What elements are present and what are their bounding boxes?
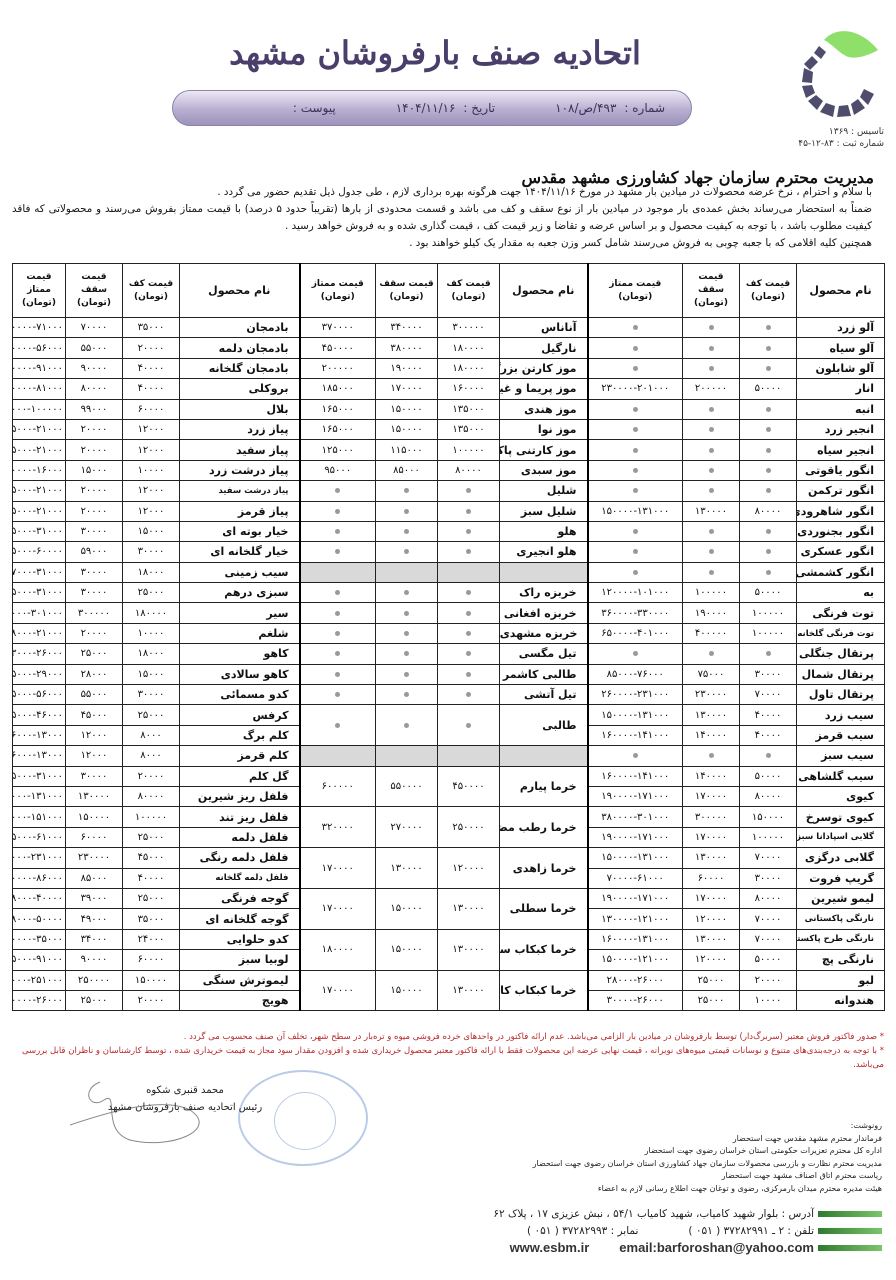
product-name: گل کلم — [180, 766, 300, 786]
ceiling-price — [683, 562, 740, 582]
date-value: ۱۴۰۴/۱۱/۱۶ — [396, 101, 456, 115]
floor-price: ۱۸۰۰۰۰ — [438, 358, 500, 378]
product-name: به — [797, 583, 885, 603]
product-name: انگور بجنوردی — [797, 521, 885, 541]
floor-price: ۱۳۰۰۰۰ — [438, 970, 500, 1011]
product-name: آلو سیاه — [797, 338, 885, 358]
premium-price — [588, 746, 683, 766]
letter-intro: با سلام و احترام ، نرخ عرضه محصولات در م… — [12, 184, 872, 252]
ceiling-price: ۱۷۰۰۰۰ — [683, 888, 740, 908]
product-name: سبزی درهم — [180, 583, 300, 603]
table-row: انگور شاهرودی۸۰۰۰۰۱۳۰۰۰۰۱۵۰۰۰۰-۱۳۱۰۰۰شلی… — [13, 501, 885, 521]
product-name: موز پریما و غیره — [500, 379, 588, 399]
table-row: به۵۰۰۰۰۱۰۰۰۰۰۱۲۰۰۰۰-۱۰۱۰۰۰خربزه راکسبزی … — [13, 583, 885, 603]
floor-price: ۴۰۰۰۰ — [740, 705, 797, 725]
no-price-dot-icon — [633, 651, 638, 656]
product-name: کیوی — [797, 786, 885, 806]
no-price-dot-icon — [633, 346, 638, 351]
ceiling-price: ۱۳۰۰۰۰ — [376, 848, 438, 889]
product-name: خربزه افغانی — [500, 603, 588, 623]
ceiling-price: ۲۳۰۰۰۰ — [66, 848, 123, 868]
product-name: انبه — [797, 399, 885, 419]
ceiling-price: ۱۳۰۰۰۰ — [683, 501, 740, 521]
no-price-dot-icon — [709, 529, 714, 534]
website-link[interactable]: www.esbm.ir — [510, 1240, 590, 1255]
product-name: گوجه فرنگی — [180, 888, 300, 908]
premium-price: ۱۰۰۰۰۰-۸۶۰۰۰ — [13, 868, 66, 888]
premium-price: ۳۵۰۰۰-۳۱۰۰۰ — [13, 583, 66, 603]
no-price-dot-icon — [404, 590, 409, 595]
product-name: انجیر زرد — [797, 419, 885, 439]
footnote: * با توجه به درجه‌بندی‌های متنوع و نوسان… — [12, 1044, 884, 1072]
ceiling-price: ۴۹۰۰۰ — [66, 909, 123, 929]
floor-price — [740, 399, 797, 419]
premium-price — [588, 419, 683, 439]
product-name — [500, 746, 588, 766]
product-name: آناناس — [500, 318, 588, 338]
number-label: شماره : — [624, 101, 665, 115]
product-name: خرما رطب مضافتی — [500, 807, 588, 848]
no-price-dot-icon — [633, 753, 638, 758]
premium-price — [588, 358, 683, 378]
phone-text: تلفن : ۲ ـ ۳۷۲۸۲۹۹۱ ( ۰۵۱ ) — [688, 1225, 814, 1237]
ceiling-price: ۲۰۰۰۰۰ — [683, 379, 740, 399]
floor-price: ۷۰۰۰۰ — [740, 929, 797, 949]
founded-year: تاسیس : ۱۳۶۹ — [784, 126, 884, 138]
product-name: کدو مسمائی — [180, 685, 300, 705]
product-name: گلابی درگزی — [797, 848, 885, 868]
product-name: سیر — [180, 603, 300, 623]
floor-price: ۳۰۰۰۰ — [740, 868, 797, 888]
product-name: شلیل سبز — [500, 501, 588, 521]
ceiling-price: ۱۲۰۰۰ — [66, 746, 123, 766]
product-name: بادمجان دلمه — [180, 338, 300, 358]
no-price-dot-icon — [404, 529, 409, 534]
product-name: انگور کشمشی — [797, 562, 885, 582]
premium-price: ۱۱۰۰۰۰-۹۱۰۰۰ — [13, 358, 66, 378]
floor-price: ۸۰۰۰۰ — [740, 786, 797, 806]
premium-price — [588, 460, 683, 480]
product-name: فلفل دلمه — [180, 827, 300, 847]
product-name: خرما پیارم — [500, 766, 588, 807]
product-name: سیب سبز — [797, 746, 885, 766]
premium-price: ۶۵۰۰۰-۶۱۰۰۰ — [13, 827, 66, 847]
no-price-dot-icon — [335, 549, 340, 554]
premium-price: ۱۰۵۰۰۰-۹۱۰۰۰ — [13, 950, 66, 970]
product-name: کلم برگ — [180, 725, 300, 745]
ceiling-price: ۷۰۰۰۰ — [66, 318, 123, 338]
ceiling-price: ۲۰۰۰۰ — [66, 481, 123, 501]
product-name: انگور یاقوتی — [797, 460, 885, 480]
ceiling-price: ۸۵۰۰۰ — [66, 868, 123, 888]
ceiling-price: ۲۵۰۰۰۰ — [66, 970, 123, 990]
premium-price — [588, 318, 683, 338]
ceiling-price — [376, 583, 438, 603]
ceiling-price: ۱۳۰۰۰۰ — [66, 786, 123, 806]
ceiling-price: ۹۹۰۰۰ — [66, 399, 123, 419]
product-name: شلیل — [500, 481, 588, 501]
premium-price: ۱۳۰۰۰۰-۱۲۱۰۰۰ — [588, 909, 683, 929]
floor-price: ۱۵۰۰۰ — [123, 664, 180, 684]
fax-text: نمابر : ۳۷۲۸۲۹۹۳ ( ۰۵۱ ) — [527, 1225, 638, 1237]
floor-price: ۱۵۰۰۰۰ — [123, 970, 180, 990]
ceiling-price: ۹۰۰۰۰ — [66, 950, 123, 970]
no-price-dot-icon — [335, 692, 340, 697]
premium-price: ۱۶۰۰۰-۱۳۰۰۰ — [13, 725, 66, 745]
floor-price — [438, 583, 500, 603]
table-row: لیمو شیرین۸۰۰۰۰۱۷۰۰۰۰۱۹۰۰۰۰-۱۷۱۰۰۰خرما س… — [13, 888, 885, 908]
no-price-dot-icon — [404, 631, 409, 636]
floor-price: ۲۵۰۰۰۰ — [438, 807, 500, 848]
no-price-dot-icon — [404, 611, 409, 616]
floor-price — [740, 521, 797, 541]
col-header-ceiling: قیمت سقف(تومان) — [66, 264, 123, 318]
no-price-dot-icon — [633, 427, 638, 432]
product-name: خرما زاهدی — [500, 848, 588, 889]
intro-paragraph: همچنین کلیه اقلامی که با جعبه چوبی به فر… — [12, 235, 872, 252]
floor-price: ۱۳۵۰۰۰ — [438, 399, 500, 419]
floor-price: ۳۰۰۰۰ — [123, 685, 180, 705]
product-name: خربزه راک — [500, 583, 588, 603]
ceiling-price — [376, 746, 438, 766]
product-name: نارنگی طرح پاکستانی — [797, 929, 885, 949]
product-name: انجیر سیاه — [797, 440, 885, 460]
floor-price: ۳۰۰۰۰ — [123, 542, 180, 562]
no-price-dot-icon — [709, 346, 714, 351]
floor-price — [740, 562, 797, 582]
no-price-dot-icon — [404, 509, 409, 514]
floor-price — [740, 440, 797, 460]
no-price-dot-icon — [709, 488, 714, 493]
no-price-dot-icon — [466, 651, 471, 656]
no-price-dot-icon — [404, 651, 409, 656]
cc-item: اداره کل محترم تعزیرات حکومتی استان خراس… — [442, 1145, 882, 1158]
ceiling-price: ۲۰۰۰۰ — [66, 623, 123, 643]
ceiling-price — [376, 481, 438, 501]
floor-price: ۴۵۰۰۰۰ — [438, 766, 500, 807]
attachment-label: پیوست : — [293, 101, 336, 115]
floor-price: ۸۰۰۰۰ — [438, 460, 500, 480]
floor-price — [740, 358, 797, 378]
table-row: انجیر زردموز نوا۱۳۵۰۰۰۱۵۰۰۰۰۱۶۵۰۰۰پیاز ز… — [13, 419, 885, 439]
ceiling-price: ۳۰۰۰۰ — [66, 766, 123, 786]
intro-paragraph: ضمناً به استحضار می‌رساند بخش عمده‌ی بار… — [12, 201, 872, 235]
no-price-dot-icon — [766, 651, 771, 656]
reference-ribbon: شماره : ۴۹۳/ص/۱۰۸ تاریخ : ۱۴۰۴/۱۱/۱۶ پیو… — [172, 90, 692, 126]
premium-price — [588, 644, 683, 664]
floor-price: ۴۰۰۰۰ — [123, 868, 180, 888]
ceiling-price — [683, 481, 740, 501]
intro-paragraph: با سلام و احترام ، نرخ عرضه محصولات در م… — [12, 184, 872, 201]
ceiling-price: ۱۵۰۰۰۰ — [376, 970, 438, 1011]
ceiling-price: ۵۵۰۰۰ — [66, 338, 123, 358]
col-header-ceiling: قیمت سقف(تومان) — [376, 264, 438, 318]
union-logo-icon — [802, 26, 880, 118]
ceiling-price — [376, 521, 438, 541]
product-name: خیار بوته ای — [180, 521, 300, 541]
product-name: تیل آتشی — [500, 685, 588, 705]
floor-price — [438, 501, 500, 521]
product-name: نارنگی پاکستانی — [797, 909, 885, 929]
no-price-dot-icon — [766, 346, 771, 351]
ceiling-price — [683, 644, 740, 664]
green-bar-icon — [818, 1211, 882, 1217]
product-name: سیب زمینی — [180, 562, 300, 582]
green-bar-icon — [818, 1228, 882, 1234]
ceiling-price: ۱۷۰۰۰۰ — [376, 379, 438, 399]
floor-price: ۲۰۰۰۰ — [123, 338, 180, 358]
floor-price: ۲۵۰۰۰ — [123, 827, 180, 847]
ceiling-price: ۱۵۰۰۰۰ — [376, 888, 438, 929]
product-name: توت فرنگی — [797, 603, 885, 623]
ceiling-price: ۱۵۰۰۰۰ — [66, 807, 123, 827]
premium-price: ۱۹۰۰۰۰-۱۷۱۰۰۰ — [588, 786, 683, 806]
ceiling-price: ۷۵۰۰۰ — [683, 664, 740, 684]
premium-price: ۲۸۰۰۰-۲۶۰۰۰ — [588, 970, 683, 990]
letterhead: اتحادیه صنف بارفروشان مشهد شماره : ۴۹۳/ص… — [0, 0, 896, 160]
floor-price: ۱۲۰۰۰۰ — [438, 848, 500, 889]
premium-price: ۱۵۰۰۰۰-۱۳۱۰۰۰ — [13, 786, 66, 806]
premium-price: ۴۵۰۰۰۰ — [300, 338, 376, 358]
floor-price: ۷۰۰۰۰ — [740, 685, 797, 705]
ceiling-price — [683, 746, 740, 766]
premium-price: ۱۵۰۰۰۰-۱۳۱۰۰۰ — [588, 501, 683, 521]
signature-block: محمد قنبری شکوه رئیس اتحادیه صنف بارفروش… — [90, 1082, 280, 1116]
floor-price — [740, 542, 797, 562]
footnotes: * صدور فاکتور فروش معتبر (سربرگ‌دار) توس… — [12, 1030, 884, 1072]
floor-price: ۳۰۰۰۰ — [740, 664, 797, 684]
product-name: سیب گلشاهی — [797, 766, 885, 786]
no-price-dot-icon — [709, 407, 714, 412]
table-row: توت فرنگی گلخانه۱۰۰۰۰۰۴۰۰۰۰۰۶۵۰۰۰۰-۴۰۱۰۰… — [13, 623, 885, 643]
ceiling-price: ۳۹۰۰۰ — [66, 888, 123, 908]
ceiling-price — [683, 440, 740, 460]
ceiling-price — [683, 542, 740, 562]
ceiling-price: ۱۴۰۰۰۰ — [683, 766, 740, 786]
floor-price: ۸۰۰۰۰ — [123, 786, 180, 806]
floor-price — [438, 521, 500, 541]
floor-price — [438, 746, 500, 766]
premium-price: ۲۹۰۰۰۰-۲۳۱۰۰۰ — [13, 848, 66, 868]
product-name: انگور شاهرودی — [797, 501, 885, 521]
ceiling-price — [683, 419, 740, 439]
floor-price — [740, 318, 797, 338]
no-price-dot-icon — [766, 570, 771, 575]
product-name: فلفل دلمه گلخانه — [180, 868, 300, 888]
table-row: پرتقال جنگلیتیل مگسیکاهو۱۸۰۰۰۲۵۰۰۰۳۳۰۰۰-… — [13, 644, 885, 664]
premium-price: ۳۷۰۰۰۰ — [300, 318, 376, 338]
premium-price: ۱۸۵۰۰۰ — [300, 379, 376, 399]
ceiling-price: ۱۵۰۰۰ — [66, 460, 123, 480]
ceiling-price — [683, 338, 740, 358]
premium-price: ۱۵۰۰۰۰-۱۳۱۰۰۰ — [588, 848, 683, 868]
signatory-title: رئیس اتحادیه صنف بارفروشان مشهد — [90, 1099, 280, 1116]
premium-price: ۲۰۰۰۰۰ — [300, 358, 376, 378]
ceiling-price: ۵۵۰۰۰۰ — [376, 766, 438, 807]
cc-item: هیئت مدیره محترم میدان بارمرکزی، رضوی و … — [442, 1183, 882, 1196]
product-name: کدو حلوایی — [180, 929, 300, 949]
floor-price — [438, 603, 500, 623]
product-name: کیوی توسرخ — [797, 807, 885, 827]
table-row: انگور عسکریهلو انجیریخیار گلخانه ای۳۰۰۰۰… — [13, 542, 885, 562]
product-name: پرتقال جنگلی — [797, 644, 885, 664]
product-name: کرفس — [180, 705, 300, 725]
ceiling-price: ۱۲۰۰۰ — [66, 725, 123, 745]
ceiling-price: ۱۰۰۰۰۰ — [683, 583, 740, 603]
premium-price — [300, 583, 376, 603]
product-name: لیموترش سنگی — [180, 970, 300, 990]
floor-price: ۵۰۰۰۰ — [740, 379, 797, 399]
floor-price: ۷۰۰۰۰ — [740, 848, 797, 868]
product-name: موز سبدی — [500, 460, 588, 480]
premium-price: ۳۵۰۰۰-۳۱۰۰۰ — [13, 766, 66, 786]
floor-price: ۱۸۰۰۰ — [123, 644, 180, 664]
no-price-dot-icon — [335, 723, 340, 728]
ceiling-price: ۱۷۰۰۰۰ — [683, 827, 740, 847]
ceiling-price — [376, 501, 438, 521]
premium-price: ۱۶۰۰۰۰-۱۳۱۰۰۰ — [588, 929, 683, 949]
web-line: email:barforoshan@yahoo.com www.esbm.ir — [422, 1239, 882, 1256]
floor-price: ۱۰۰۰۰۰ — [740, 623, 797, 643]
premium-price — [300, 501, 376, 521]
premium-price: ۱۶۰۰۰۰-۱۴۱۰۰۰ — [588, 766, 683, 786]
price-table-body: آلو زردآناناس۳۰۰۰۰۰۳۴۰۰۰۰۳۷۰۰۰۰بادمجان۳۵… — [13, 318, 885, 1011]
ceiling-price — [376, 603, 438, 623]
floor-price: ۱۰۰۰۰ — [740, 990, 797, 1010]
premium-price: ۳۵۰۰۰-۳۱۰۰۰ — [13, 521, 66, 541]
premium-price: ۲۸۰۰۰۰-۲۵۱۰۰۰ — [13, 970, 66, 990]
premium-price — [300, 521, 376, 541]
floor-price: ۱۳۵۰۰۰ — [438, 419, 500, 439]
no-price-dot-icon — [709, 427, 714, 432]
product-name: لیمو شیرین — [797, 888, 885, 908]
product-name: پیاز درشت زرد — [180, 460, 300, 480]
table-row: نارنگی طرح پاکستانی۷۰۰۰۰۱۳۰۰۰۰۱۶۰۰۰۰-۱۳۱… — [13, 929, 885, 949]
floor-price: ۲۴۰۰۰ — [123, 929, 180, 949]
ceiling-price: ۲۳۰۰۰۰ — [683, 685, 740, 705]
product-name: موز کارتن بزرگ — [500, 358, 588, 378]
ceiling-price: ۴۵۰۰۰ — [66, 705, 123, 725]
premium-price — [300, 746, 376, 766]
col-header-name: نام محصول — [180, 264, 300, 318]
ceiling-price: ۲۷۰۰۰۰ — [376, 807, 438, 848]
ceiling-price: ۳۰۰۰۰۰ — [66, 603, 123, 623]
ceiling-price: ۲۵۰۰۰ — [683, 990, 740, 1010]
ceiling-price: ۱۹۰۰۰۰ — [376, 358, 438, 378]
floor-price — [438, 664, 500, 684]
product-name: پرتقال شمال — [797, 664, 885, 684]
product-name: خرما کبکاب کارتونی — [500, 970, 588, 1011]
floor-price: ۱۳۰۰۰۰ — [438, 888, 500, 929]
no-price-dot-icon — [709, 448, 714, 453]
no-price-dot-icon — [466, 549, 471, 554]
premium-price: ۱۸۰۰۰۰ — [300, 929, 376, 970]
no-price-dot-icon — [709, 366, 714, 371]
no-price-dot-icon — [766, 366, 771, 371]
col-header-name: نام محصول — [500, 264, 588, 318]
premium-price — [300, 481, 376, 501]
cc-item: فرماندار محترم مشهد مقدس جهت استحضار — [442, 1133, 882, 1146]
premium-price — [300, 644, 376, 664]
floor-price: ۱۰۰۰۰۰ — [438, 440, 500, 460]
ceiling-price: ۲۰۰۰۰ — [66, 419, 123, 439]
no-price-dot-icon — [466, 611, 471, 616]
ceiling-price: ۲۵۰۰۰ — [66, 644, 123, 664]
no-price-dot-icon — [466, 529, 471, 534]
floor-price: ۶۰۰۰۰ — [123, 399, 180, 419]
ceiling-price: ۲۵۰۰۰ — [66, 990, 123, 1010]
no-price-dot-icon — [335, 611, 340, 616]
email-link[interactable]: email:barforoshan@yahoo.com — [619, 1240, 814, 1255]
product-name: گوجه گلخانه ای — [180, 909, 300, 929]
no-price-dot-icon — [633, 366, 638, 371]
premium-price — [300, 562, 376, 582]
ceiling-price: ۲۰۰۰۰ — [66, 440, 123, 460]
ceiling-price: ۱۳۰۰۰۰ — [683, 929, 740, 949]
premium-price: ۱۷۰۰۰۰ — [300, 848, 376, 889]
floor-price: ۵۰۰۰۰ — [740, 950, 797, 970]
green-bar-icon — [818, 1245, 882, 1251]
floor-price — [740, 419, 797, 439]
premium-price: ۸۰۰۰۰-۷۱۰۰۰ — [13, 318, 66, 338]
ceiling-price: ۹۰۰۰۰ — [66, 358, 123, 378]
ceiling-price: ۳۴۰۰۰ — [66, 929, 123, 949]
no-price-dot-icon — [335, 488, 340, 493]
ceiling-price — [376, 664, 438, 684]
floor-price: ۴۰۰۰۰ — [740, 725, 797, 745]
table-row: سیب سبزکلم قرمز۸۰۰۰۱۲۰۰۰۱۶۰۰۰-۱۳۰۰۰ — [13, 746, 885, 766]
product-name: پیاز قرمز — [180, 501, 300, 521]
ceiling-price: ۳۰۰۰۰۰ — [683, 807, 740, 827]
floor-price: ۱۰۰۰۰ — [123, 623, 180, 643]
address-line: آدرس : بلوار شهید کامیاب، شهید کامیاب ۵۴… — [422, 1205, 882, 1222]
no-price-dot-icon — [766, 325, 771, 330]
no-price-dot-icon — [404, 488, 409, 493]
product-name: موز نوا — [500, 419, 588, 439]
price-table: نام محصول قیمت کف(تومان) قیمت سقف(تومان)… — [12, 263, 885, 1011]
floor-price: ۱۵۰۰۰ — [123, 521, 180, 541]
premium-price: ۲۵۰۰۰-۲۱۰۰۰ — [13, 440, 66, 460]
no-price-dot-icon — [766, 407, 771, 412]
premium-price: ۲۵۰۰۰-۲۱۰۰۰ — [13, 481, 66, 501]
floor-price: ۱۲۰۰۰ — [123, 440, 180, 460]
ceiling-price — [683, 358, 740, 378]
no-price-dot-icon — [466, 631, 471, 636]
table-row: انگور بجنوردیهلوخیار بوته ای۱۵۰۰۰۳۰۰۰۰۳۵… — [13, 521, 885, 541]
product-name: بلال — [180, 399, 300, 419]
product-name: پیاز سفید — [180, 440, 300, 460]
product-name: هلو انجیری — [500, 542, 588, 562]
product-name: هندوانه — [797, 990, 885, 1010]
table-header-row: نام محصول قیمت کف(تومان) قیمت سقف(تومان)… — [13, 264, 885, 318]
premium-price: ۲۳۰۰۰۰-۲۰۱۰۰۰ — [588, 379, 683, 399]
premium-price — [300, 664, 376, 684]
floor-price: ۳۰۰۰۰۰ — [438, 318, 500, 338]
premium-price: ۱۵۰۰۰۰-۱۲۱۰۰۰ — [588, 950, 683, 970]
premium-price: ۶۵۰۰۰-۵۶۰۰۰ — [13, 685, 66, 705]
premium-price — [300, 685, 376, 705]
premium-price: ۱۶۵۰۰۰ — [300, 399, 376, 419]
product-name: انگور عسکری — [797, 542, 885, 562]
premium-price: ۳۵۰۰۰-۲۹۰۰۰ — [13, 664, 66, 684]
premium-price: ۸۵۰۰۰-۷۶۰۰۰ — [588, 664, 683, 684]
no-price-dot-icon — [709, 549, 714, 554]
product-name: طالبی — [500, 705, 588, 746]
no-price-dot-icon — [335, 529, 340, 534]
ceiling-price: ۱۳۰۰۰۰ — [683, 705, 740, 725]
floor-price: ۵۰۰۰۰ — [740, 583, 797, 603]
no-price-dot-icon — [404, 672, 409, 677]
